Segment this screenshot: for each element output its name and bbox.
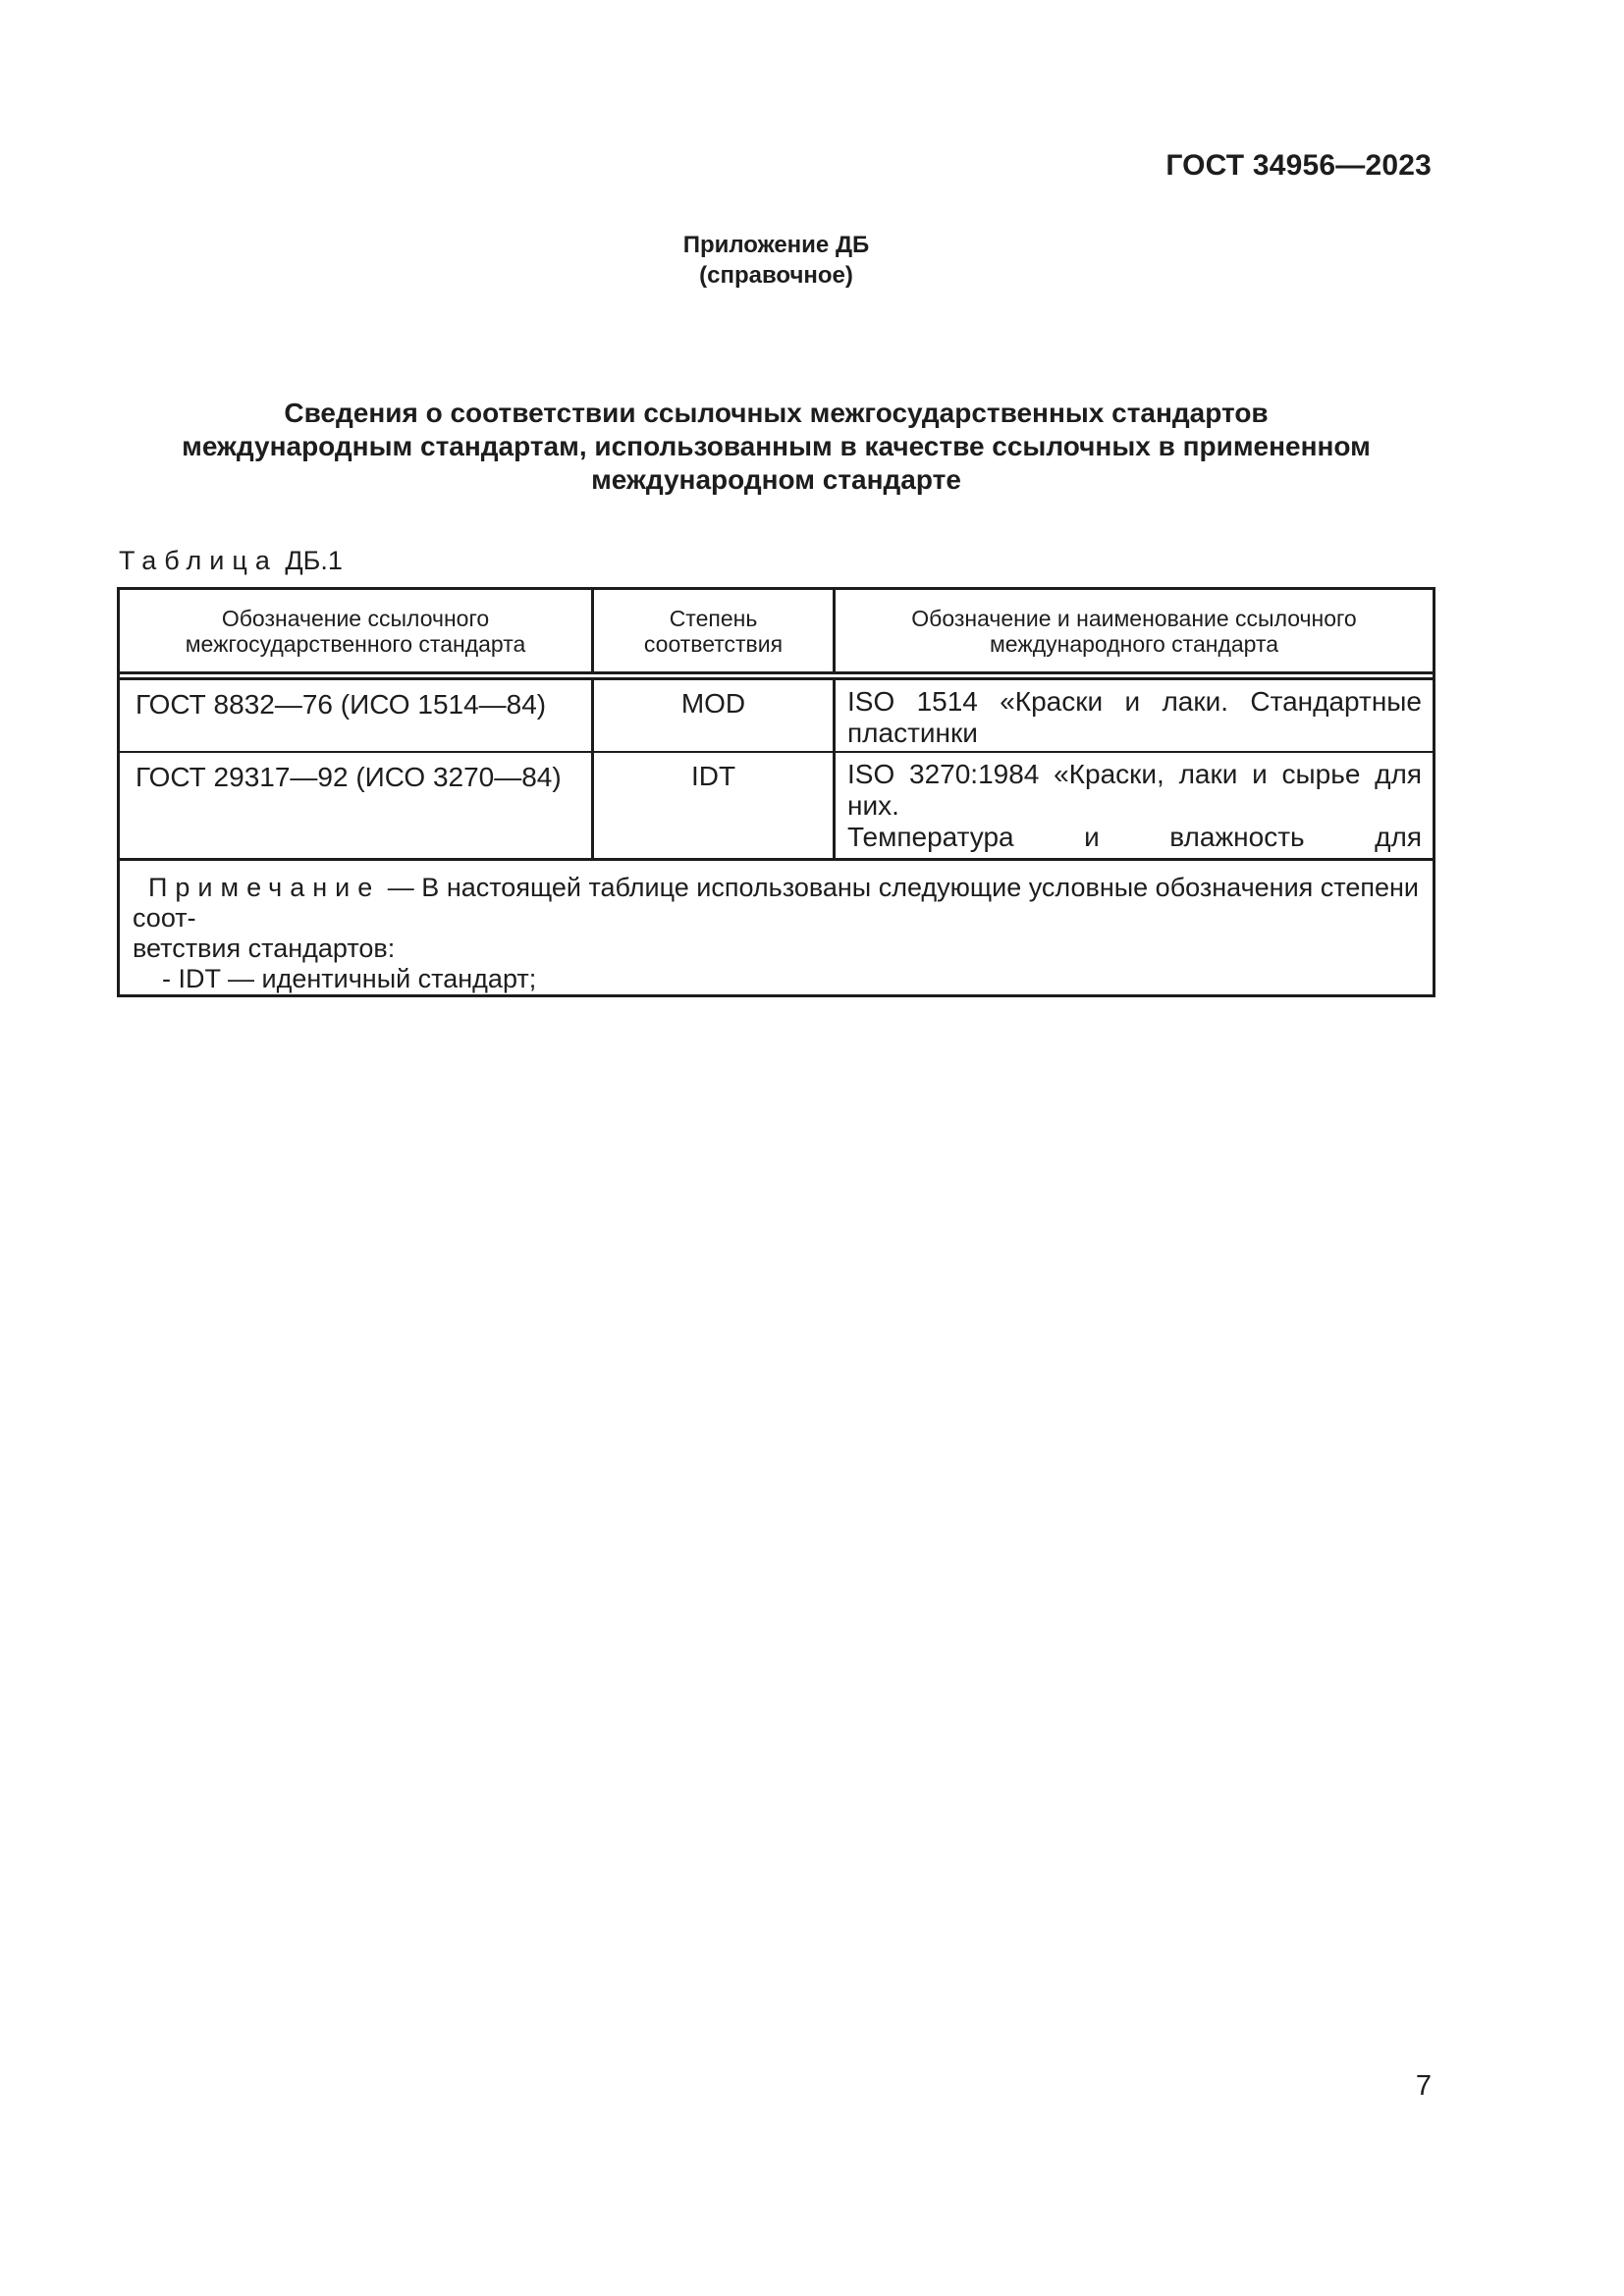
table-label: Таблица ДБ.1 bbox=[119, 546, 343, 575]
header-cell-iso-standard: Обозначение и наименование ссылочного ме… bbox=[836, 590, 1433, 671]
iso-text-line: ISO 3270:1984 «Краски, лаки и сырье для … bbox=[847, 759, 1422, 822]
header-cell-degree: Степень соответствия bbox=[594, 590, 836, 671]
table-row: ГОСТ 8832—76 (ИСО 1514—84) MOD ISO 1514 … bbox=[120, 680, 1433, 753]
header-cell-line: межгосударственного стандарта bbox=[186, 631, 526, 657]
cell-iso-standard: ISO 3270:1984 «Краски, лаки и сырье для … bbox=[836, 753, 1433, 858]
header-cell-line: Степень bbox=[670, 606, 758, 631]
correspondence-table: Обозначение ссылочного межгосударственно… bbox=[117, 587, 1435, 997]
header-cell-line: соответствия bbox=[644, 631, 783, 657]
header-cell-gost-standard: Обозначение ссылочного межгосударственно… bbox=[120, 590, 594, 671]
note-item-idt: - IDT — идентичный стандарт; bbox=[162, 964, 1419, 994]
page-title: Сведения о соответствии ссылочных межгос… bbox=[117, 397, 1435, 497]
page-number: 7 bbox=[117, 2071, 1432, 2102]
title-line-1: Сведения о соответствии ссылочных межгос… bbox=[117, 397, 1435, 430]
note-keyword: Примечание bbox=[148, 873, 380, 902]
iso-text-line: для испытаний» bbox=[847, 749, 1422, 751]
title-line-2: международным стандартам, использованным… bbox=[117, 430, 1435, 463]
header-cell-line: Обозначение и наименование ссылочного bbox=[911, 606, 1356, 631]
title-line-3: международном стандарте bbox=[117, 463, 1435, 497]
appendix-heading: Приложение ДБ (справочное) bbox=[117, 230, 1435, 291]
header-cell-line: международного стандарта bbox=[990, 631, 1278, 657]
table-header-row: Обозначение ссылочного межгосударственно… bbox=[120, 590, 1433, 680]
cell-degree: MOD bbox=[594, 680, 836, 751]
appendix-subtitle: (справочное) bbox=[117, 260, 1435, 291]
document-page: ГОСТ 34956—2023 Приложение ДБ (справочно… bbox=[0, 0, 1624, 2296]
note-line-1: Примечание — В настоящей таблице использ… bbox=[133, 873, 1419, 934]
iso-text-line: ISO 1514 «Краски и лаки. Стандартные пла… bbox=[847, 686, 1422, 749]
table-label-number: ДБ.1 bbox=[278, 546, 343, 575]
table-note: Примечание — В настоящей таблице использ… bbox=[120, 861, 1433, 994]
appendix-title: Приложение ДБ bbox=[117, 230, 1435, 260]
cell-degree: IDT bbox=[594, 753, 836, 858]
table-row: ГОСТ 29317—92 (ИСО 3270—84) IDT ISO 3270… bbox=[120, 753, 1433, 861]
table-label-word: Таблица bbox=[119, 546, 278, 575]
note-line-2: ветствия стандартов: bbox=[133, 934, 1419, 964]
header-cell-line: Обозначение ссылочного bbox=[222, 606, 489, 631]
cell-iso-standard: ISO 1514 «Краски и лаки. Стандартные пла… bbox=[836, 680, 1433, 751]
cell-gost-standard: ГОСТ 29317—92 (ИСО 3270—84) bbox=[120, 753, 594, 858]
iso-text-line: Температура и влажность для кондициониро… bbox=[847, 822, 1422, 858]
cell-gost-standard: ГОСТ 8832—76 (ИСО 1514—84) bbox=[120, 680, 594, 751]
doc-code-header: ГОСТ 34956—2023 bbox=[117, 150, 1432, 182]
